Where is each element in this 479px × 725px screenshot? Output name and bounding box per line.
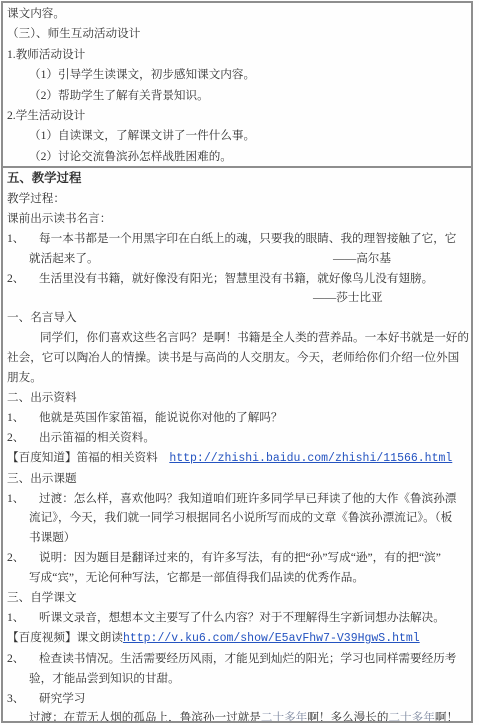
numbered-item: 2、检查读书情况。生活需要经历风雨，才能见到灿烂的阳光；学习也同样需要经历考 [3,649,471,669]
highlighted-phrase: 二十多年 [261,711,307,723]
text-line: 验，才能品尝到知识的甘甜。 [3,669,471,689]
text-run: 啊！多么漫长的 [307,711,388,723]
section-heading: 五、教学过程 [3,169,471,189]
text-line: （三）、师生互动活动设计 [3,24,471,44]
numbered-item: 1、听课文录音，想想本文主要写了什么内容？对于不理解得生字新词想办法解决。 [3,608,471,628]
text-run: 【百度视频】课文朗读 [7,631,123,644]
text-line: 三、出示课题 [3,469,471,489]
text-line: 课前出示读书名言： [3,209,471,229]
text-run: 他就是英国作家笛福，能说说你对他的了解吗？ [39,411,282,424]
text-line: 朋友。 [3,368,471,388]
text-run: 五、教学过程 [7,171,81,185]
text-run: 生活里没有书籍，就好像没有阳光；智慧里没有书籍，就好像鸟儿没有翅膀。 [39,272,433,285]
text-line: 书课题） [3,528,471,548]
numbered-item: 1、每一本书都是一个用黑字印在白纸上的魂，只要我的眼睛、我的理智接触了它，它 [3,229,471,249]
item-number: 3、 [7,689,39,709]
document-table: 课文内容。（三）、师生互动活动设计1.教师活动设计（1）引导学生读课文，初步感知… [1,1,473,723]
text-run: 说明：因为题目是翻译过来的，有许多写法，有的把“孙”写成“逊”，有的把“滨” [39,551,441,564]
text-line: 就活起来了。——高尔基 [3,249,471,269]
text-run: 听课文录音，想想本文主要写了什么内容？对于不理解得生字新词想办法解决。 [39,611,445,624]
text-run: 写成“宾”，无论何种写法，它都是一部值得我们品读的优秀作品。 [29,571,364,584]
sub-item: （2）讨论交流鲁滨孙怎样战胜困难的。 [3,147,471,167]
text-run: 研究学习 [39,692,85,705]
text-run: 三、自学课文 [7,591,77,604]
text-line: 三、自学课文 [3,588,471,608]
text-run: 【百度知道】笛福的相关资料 [7,451,169,464]
text-run: 就活起来了。 [29,252,99,265]
text-run: 教学过程： [7,192,65,205]
text-run: 验，才能品尝到知识的甘甜。 [29,672,180,685]
text-line: 2.学生活动设计 [3,106,471,126]
resource-line: 【百度视频】课文朗读http://v.ku6.com/show/E5avFhw7… [3,628,471,649]
text-run: 每一本书都是一个用黑字印在白纸上的魂，只要我的眼睛、我的理智接触了它，它 [39,232,456,245]
text-line: 流记》，今天，我们就一同学习根据同名小说所写而成的文章《鲁滨孙漂流记》。（板 [3,508,471,528]
text-run: 社会，它可以陶冶人的情操。读书是与高尚的人交朋友。今天，老师给你们介绍一位外国 [7,351,459,364]
text-line: 同学们，你们喜欢这些名言吗？是啊！书籍是全人类的营养品。一本好书就是一好的 [3,328,471,348]
text-run: 同学们，你们喜欢这些名言吗？是啊！书籍是全人类的营养品。一本好书就是一好的 [40,331,469,344]
section-teaching-process: 五、教学过程教学过程：课前出示读书名言：1、每一本书都是一个用黑字印在白纸上的魂… [3,166,471,723]
text-line: 1.教师活动设计 [3,45,471,65]
text-run: 检查读书情况。生活需要经历风雨，才能见到灿烂的阳光；学习也同样需要经历考 [39,652,456,665]
numbered-item: 2、说明：因为题目是翻译过来的，有许多写法，有的把“孙”写成“逊”，有的把“滨” [3,548,471,568]
text-run: 课文内容。 [7,7,65,20]
text-line: 社会，它可以陶冶人的情操。读书是与高尚的人交朋友。今天，老师给你们介绍一位外国 [3,348,471,368]
text-run: （1）引导学生读课文，初步感知课文内容。 [29,68,255,81]
numbered-item: 3、研究学习 [3,689,471,709]
baidu-zhidao-link[interactable]: http://zhishi.baidu.com/zhishi/11566.htm… [169,452,452,465]
resource-line: 【百度知道】笛福的相关资料 http://zhishi.baidu.com/zh… [3,448,471,469]
quote-attribution: ——高尔基 [333,249,391,269]
item-number: 1、 [7,489,39,509]
text-run: （三）、师生互动活动设计 [7,27,140,40]
sub-item: （2）帮助学生了解有关背景知识。 [3,86,471,106]
text-line: 课文内容。 [3,4,471,24]
ku6-video-link[interactable]: http://v.ku6.com/show/E5avFhw7-V39HgwS.h… [123,632,420,645]
numbered-item: 1、他就是英国作家笛福，能说说你对他的了解吗？ [3,408,471,428]
text-line: 二、出示资料 [3,388,471,408]
text-run: （2）帮助学生了解有关背景知识。 [29,89,209,102]
text-run: 书课题） [29,531,75,544]
item-number: 2、 [7,428,39,448]
text-run: （2）讨论交流鲁滨孙怎样战胜困难的。 [29,150,232,163]
numbered-item: 1、过渡：怎么样，喜欢他吗？我知道咱们班许多同学早已拜读了他的大作《鲁滨孙漂 [3,489,471,509]
item-number: 2、 [7,548,39,568]
section-activity-design: 课文内容。（三）、师生互动活动设计1.教师活动设计（1）引导学生读课文，初步感知… [3,3,471,166]
text-run: 出示笛福的相关资料。 [39,431,155,444]
item-number: 2、 [7,269,39,289]
item-number: 1、 [7,608,39,628]
text-run: 课前出示读书名言： [7,212,111,225]
text-run: 2.学生活动设计 [7,109,85,122]
text-run: 啊！ [435,711,458,723]
text-line: 写成“宾”，无论何种写法，它都是一部值得我们品读的优秀作品。 [3,568,471,588]
item-number: 1、 [7,229,39,249]
numbered-item: 2、出示笛福的相关资料。 [3,428,471,448]
text-run: 一、名言导入 [7,311,77,324]
text-run: 1.教师活动设计 [7,48,85,61]
item-number: 2、 [7,649,39,669]
highlighted-phrase: 二十多年 [388,711,434,723]
text-run: 三、出示课题 [7,472,77,485]
text-run: 朋友。 [7,371,42,384]
text-run: 过渡：在荒无人烟的孤岛上，鲁滨孙一过就是 [29,711,261,723]
text-run: 过渡：怎么样，喜欢他吗？我知道咱们班许多同学早已拜读了他的大作《鲁滨孙漂 [39,492,456,505]
text-line: 一、名言导入 [3,308,471,328]
text-run: 二、出示资料 [7,391,77,404]
numbered-item: 2、生活里没有书籍，就好像没有阳光；智慧里没有书籍，就好像鸟儿没有翅膀。 [3,269,471,289]
text-run: 流记》，今天，我们就一同学习根据同名小说所写而成的文章《鲁滨孙漂流记》。（板 [29,511,452,524]
sub-item: （1）引导学生读课文，初步感知课文内容。 [3,65,471,85]
item-number: 1、 [7,408,39,428]
sub-item: （1）自读课文，了解课文讲了一件什么事。 [3,126,471,146]
lesson-plan-page: 课文内容。（三）、师生互动活动设计1.教师活动设计（1）引导学生读课文，初步感知… [0,0,479,725]
text-line: 过渡：在荒无人烟的孤岛上，鲁滨孙一过就是二十多年啊！多么漫长的二十多年啊！ [3,708,471,723]
quote-attribution: ——莎士比亚 [3,288,471,308]
text-run: ——莎士比亚 [313,291,383,304]
text-run: （1）自读课文，了解课文讲了一件什么事。 [29,129,255,142]
text-line: 教学过程： [3,189,471,209]
